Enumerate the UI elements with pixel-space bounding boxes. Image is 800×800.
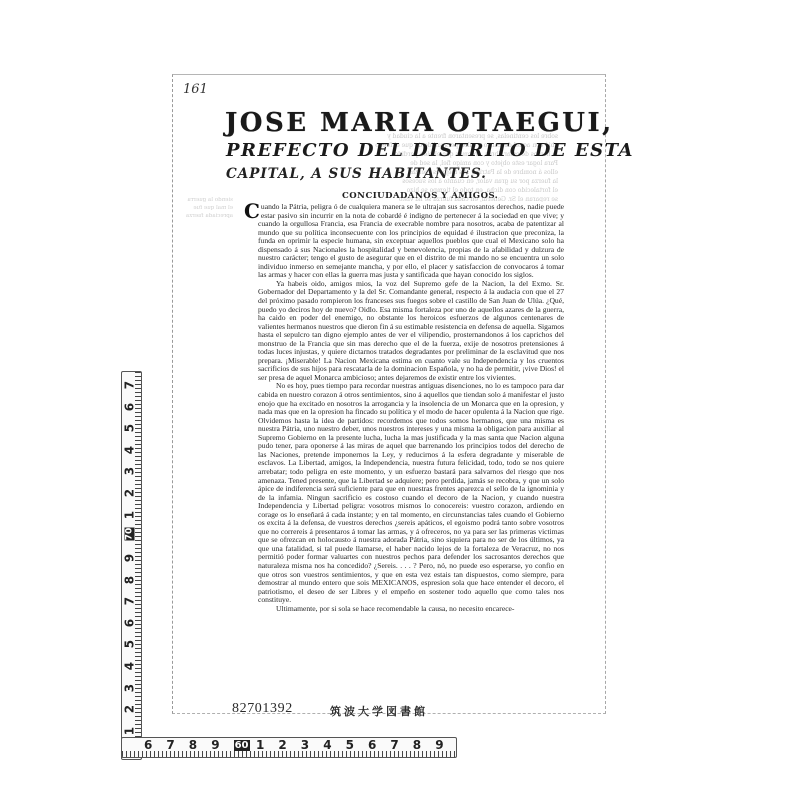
ruler-label: 4 <box>123 659 137 672</box>
ruler-label: 7 <box>123 595 137 608</box>
ruler-label: 9 <box>211 738 219 752</box>
ruler-label: 2 <box>123 703 137 716</box>
vertical-ruler: 76543217098765432160 <box>121 371 142 760</box>
paragraph-text: uando la Pátria, peligra ó de cualquiera… <box>258 202 564 279</box>
ruler-label: 4 <box>123 443 137 456</box>
document-subtitle-line2: CAPITAL, A SUS HABITANTES. <box>226 166 487 182</box>
ruler-label: 8 <box>413 738 421 752</box>
ghost-line: el mal que fue <box>178 204 233 212</box>
ruler-label: 5 <box>346 738 354 752</box>
salutation: CONCIUDADANOS Y AMIGOS. <box>342 191 498 201</box>
ruler-label: 6 <box>123 616 137 629</box>
ruler-label: 7 <box>390 738 398 752</box>
ruler-label: 60 <box>234 740 250 751</box>
bleed-through-text-left: siendo la guerrael mal que fueapreciada … <box>178 196 233 222</box>
ruler-label: 2 <box>123 487 137 500</box>
drop-cap: C <box>244 203 260 219</box>
paragraph: Ya habeis oido, amigos mios, la voz del … <box>258 280 564 383</box>
ruler-label: 2 <box>278 738 286 752</box>
ruler-label: 5 <box>123 422 137 435</box>
horizontal-ruler: 67896012345678970 <box>121 737 457 758</box>
ruler-label: 3 <box>123 465 137 478</box>
ruler-label: 3 <box>301 738 309 752</box>
document-subtitle: PREFECTO DEL DISTRITO DE ESTA <box>226 140 634 161</box>
ruler-label: 9 <box>435 738 443 752</box>
paragraph: Cuando la Pátria, peligra ó de cualquier… <box>258 203 564 280</box>
ghost-line: apreciada fuerza <box>178 212 233 220</box>
ruler-label: 4 <box>323 738 331 752</box>
ruler-label: 1 <box>123 724 137 737</box>
ruler-label: 3 <box>123 681 137 694</box>
document-title: JOSE MARIA OTAEGUI, <box>225 108 614 138</box>
ruler-label: 7 <box>166 738 174 752</box>
ruler-label: 6 <box>368 738 376 752</box>
page-folio-number: 161 <box>183 82 208 97</box>
catalog-number-stamp: 82701392 <box>232 701 293 717</box>
paragraph: No es hoy, pues tiempo para recordar nue… <box>258 382 564 604</box>
ruler-label: 8 <box>123 573 137 586</box>
ruler-label: 9 <box>123 551 137 564</box>
ruler-label: 7 <box>123 379 137 392</box>
library-stamp: 筑波大学図書館 <box>330 703 428 719</box>
ruler-label: 1 <box>123 508 137 521</box>
ruler-label: 8 <box>189 738 197 752</box>
ruler-label: 5 <box>123 638 137 651</box>
document-body: Cuando la Pátria, peligra ó de cualquier… <box>258 203 564 613</box>
ruler-label: 1 <box>256 738 264 752</box>
paragraph: Ultimamente, por si sola se hace recomen… <box>258 605 564 614</box>
ghost-line: siendo la guerra <box>178 196 233 204</box>
ruler-label: 6 <box>144 738 152 752</box>
ruler-label: 6 <box>123 400 137 413</box>
ruler-label: 70 <box>125 528 135 541</box>
